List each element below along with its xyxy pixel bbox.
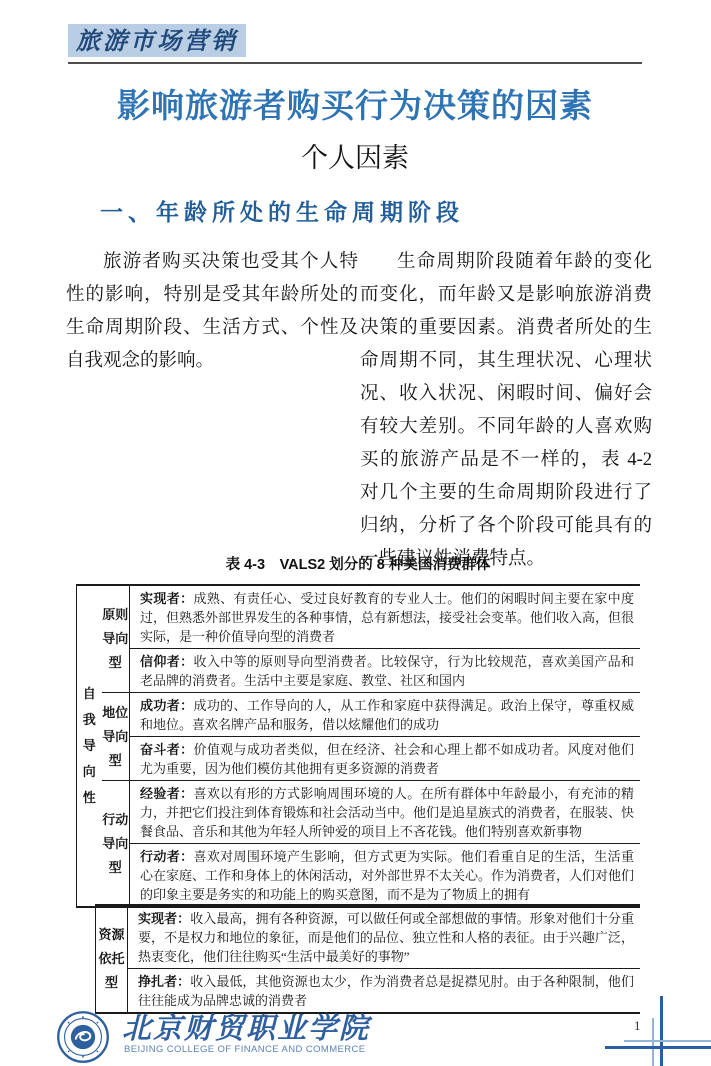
decor-vertical-dark-line [660,996,663,1066]
paragraph-left: 旅游者购买决策也受其个人特性的影响，特别是受其年龄所处的生命周期阶段、生活方式、… [66,246,358,378]
table-row: 信仰者：收入中等的原则导向型消费者。比较保守，行为比较规范，喜欢美国产品和老品牌… [77,649,641,693]
cell-text: 成熟、有责任心、受过良好教育的专业人士。他们的闲暇时间主要在家中度过，但熟悉外部… [140,591,634,644]
header-divider [68,62,642,64]
table-row: 地位导向型 成功者：成功的、工作导向的人，从工作和家庭中获得满足。政治上保守，尊… [77,693,641,737]
category-principle-oriented: 原则导向型 [102,585,130,693]
category-status-oriented: 地位导向型 [102,693,130,781]
cell-actualizers-resource: 实现者：收入最高，拥有各种资源，可以做任何或全部想做的事情。形象对他们十分重要，… [128,905,641,969]
cell-achievers: 成功者：成功的、工作导向的人，从工作和家庭中获得满足。政治上保守，尊重权威和地位… [130,693,641,737]
cell-label: 实现者： [140,591,193,606]
table-row: 自我导向性 原则导向型 实现者：成熟、有责任心、受过良好教育的专业人士。他们的闲… [77,585,641,649]
table-row: 行动者：喜欢对周围环境产生影响，但方式更为实际。他们看重自足的生活，生活重心在家… [77,844,641,908]
school-name-en: BEIJING COLLEGE OF FINANCE AND COMMERCE [124,1044,366,1055]
cell-label: 实现者： [138,911,190,926]
decor-horizontal-dark-line [605,1046,711,1049]
decor-vertical-light-line [652,1018,654,1066]
cell-label: 信仰者： [140,654,193,669]
cell-text: 收入中等的原则导向型消费者。比较保守，行为比较规范，喜欢美国产品和老品牌的消费者… [140,654,634,688]
course-title-banner: 旅游市场营销 [68,24,246,57]
cell-actualizers: 实现者：成熟、有责任心、受过良好教育的专业人士。他们的闲暇时间主要在家中度过，但… [130,585,641,649]
decor-horizontal-light-line [624,1040,711,1042]
cell-label: 奋斗者： [140,742,193,757]
paragraph-right: 生命周期阶段随着年龄的变化而变化，而年龄又是影响旅游消费决策的重要因素。消费者所… [360,246,652,576]
cell-makers: 行动者：喜欢对周围环境产生影响，但方式更为实际。他们看重自足的生活，生活重心在家… [130,844,641,908]
section-heading: 一、年龄所处的生命周期阶段 [100,194,464,227]
consumer-table-resource: 资源依托型 实现者：收入最高，拥有各种资源，可以做任何或全部想做的事情。形象对他… [95,904,640,1014]
cell-text: 喜欢以有形的方式影响周围环境的人。在所有群体中年龄最小，有充沛的精力，并把它们投… [140,786,634,839]
category-resource-based: 资源依托型 [96,905,128,1013]
school-name-cn: 北京财贸职业学院 [122,1006,370,1047]
page-title: 影响旅游者购买行为决策的因素 [40,80,670,127]
consumer-table-main: 自我导向性 原则导向型 实现者：成熟、有责任心、受过良好教育的专业人士。他们的闲… [76,584,640,908]
cell-experiencers: 经验者：喜欢以有形的方式影响周围环境的人。在所有群体中年龄最小，有充沛的精力，并… [130,781,641,844]
page-subtitle: 个人因素 [40,136,670,175]
cell-text: 收入最高，拥有各种资源，可以做任何或全部想做的事情。形象对他们十分重要，不是权力… [138,911,634,964]
cell-label: 经验者： [140,786,193,801]
course-title: 旅游市场营销 [76,26,238,55]
document-page: 旅游市场营销 影响旅游者购买行为决策的因素 个人因素 一、年龄所处的生命周期阶段… [0,0,711,1066]
vertical-header-self-orientation: 自我导向性 [77,585,102,907]
cell-label: 行动者： [140,849,193,864]
category-action-oriented: 行动导向型 [102,781,130,908]
cell-text: 收入最低，其他资源也太少，作为消费者总是捉襟见肘。由于各种限制，他们往往能成为品… [138,974,634,1008]
cell-text: 成功的、工作导向的人，从工作和家庭中获得满足。政治上保守，尊重权威和地位。喜欢名… [140,698,634,732]
table-row: 奋斗者：价值观与成功者类似，但在经济、社会和心理上都不如成功者。风度对他们尤为重… [77,737,641,781]
table-title: 表 4-3 VALS2 划分的 8 种美国消费群体 [76,553,640,574]
cell-believers: 信仰者：收入中等的原则导向型消费者。比较保守，行为比较规范，喜欢美国产品和老品牌… [130,649,641,693]
cell-text: 喜欢对周围环境产生影响，但方式更为实际。他们看重自足的生活，生活重心在家庭、工作… [140,849,634,902]
cell-text: 价值观与成功者类似，但在经济、社会和心理上都不如成功者。风度对他们尤为重要，因为… [140,742,634,776]
cell-strivers: 奋斗者：价值观与成功者类似，但在经济、社会和心理上都不如成功者。风度对他们尤为重… [130,737,641,781]
page-number: 1 [634,1018,641,1034]
table-row: 资源依托型 实现者：收入最高，拥有各种资源，可以做任何或全部想做的事情。形象对他… [96,905,641,969]
cell-label: 成功者： [140,698,193,713]
school-logo-icon [56,1010,110,1064]
table-row: 行动导向型 经验者：喜欢以有形的方式影响周围环境的人。在所有群体中年龄最小，有充… [77,781,641,844]
cell-label: 挣扎者： [138,974,190,989]
